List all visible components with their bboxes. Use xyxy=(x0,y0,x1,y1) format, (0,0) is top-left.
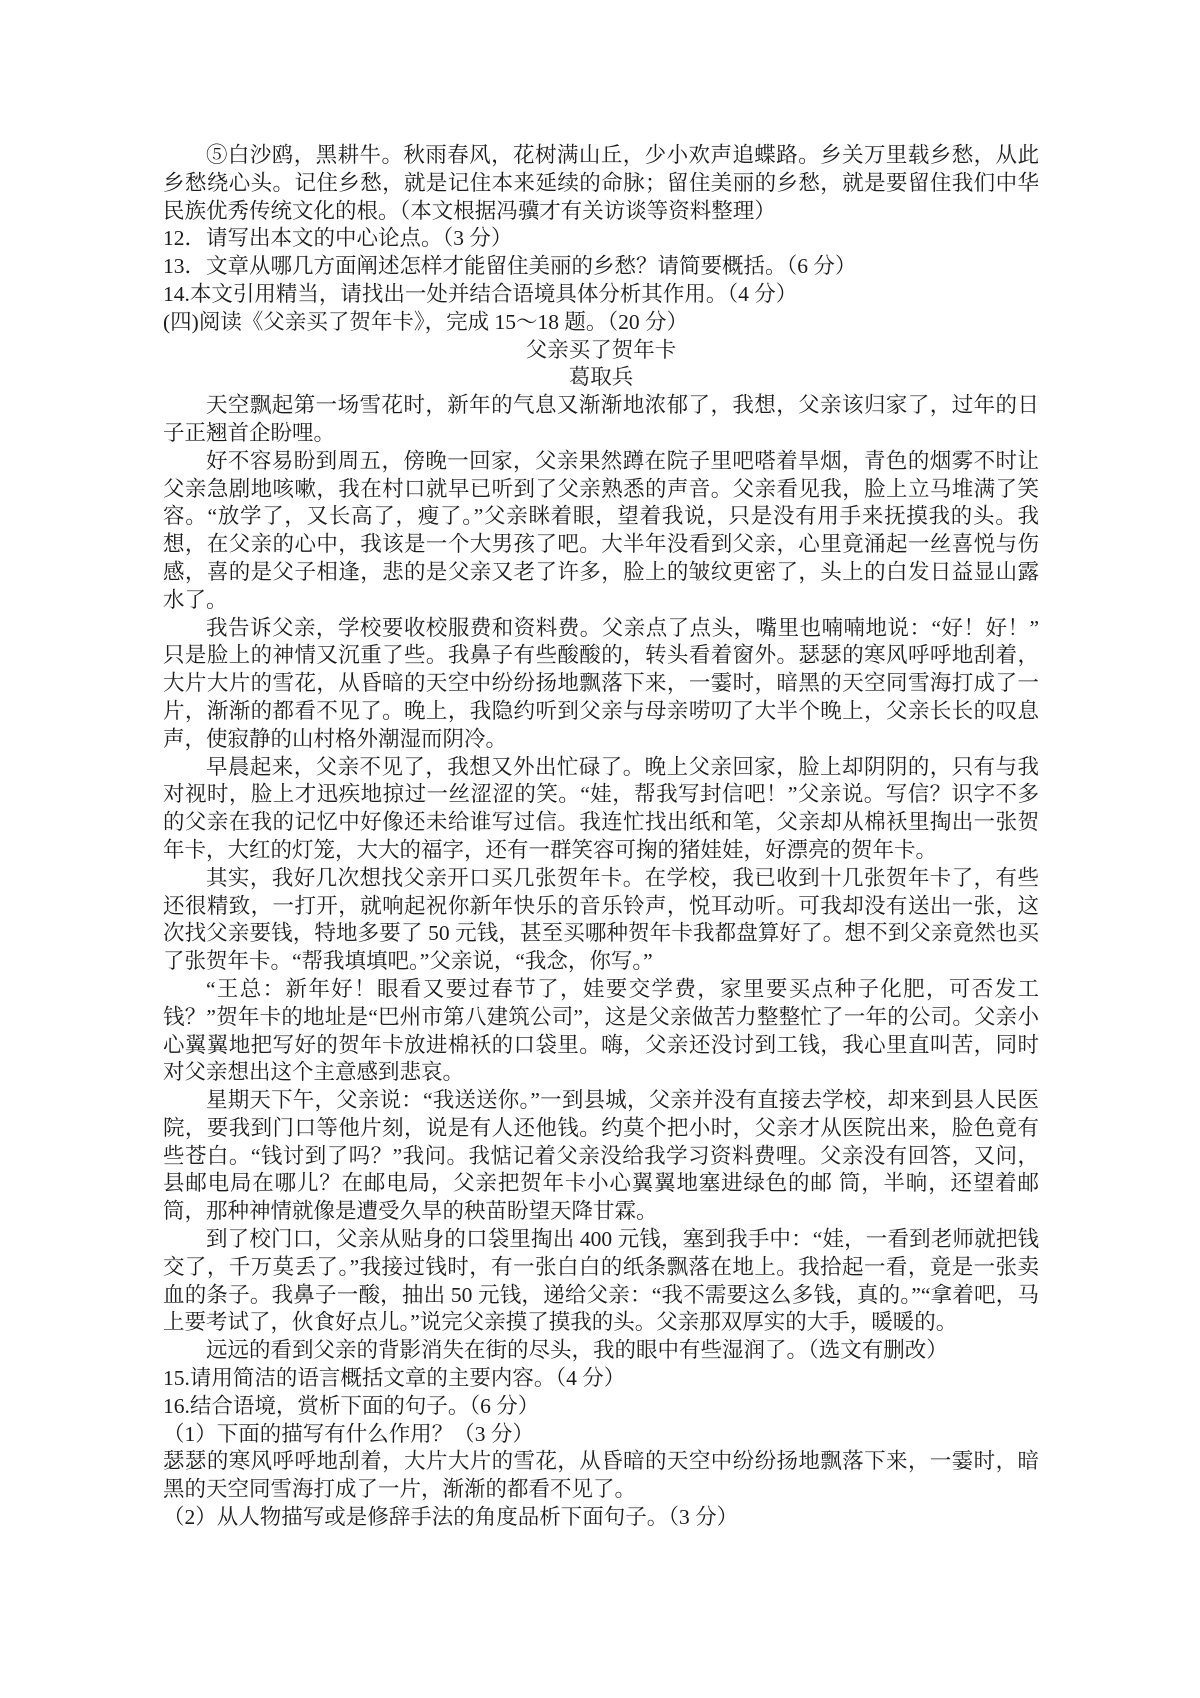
passage-paragraph-5: 其实，我好几次想找父亲开口买几张贺年卡。在学校，我已收到十几张贺年卡了，有些还很… xyxy=(163,865,1039,976)
passage-paragraph-8: 到了校门口，父亲从贴身的口袋里掏出 400 元钱，塞到我手中：“娃，一看到老师就… xyxy=(163,1226,1039,1337)
passage-paragraph-3: 我告诉父亲，学校要收校服费和资料费。父亲点了点头，嘴里也喃喃地说：“好！好！”只… xyxy=(163,615,1039,754)
question-13: 13．文章从哪几方面阐述怎样才能留住美丽的乡愁？请简要概括。（6 分） xyxy=(163,253,1039,281)
passage-paragraph-1: 天空飘起第一场雪花时，新年的气息又渐渐地浓郁了，我想，父亲该归家了，过年的日子正… xyxy=(163,392,1039,448)
passage-paragraph-7: 星期天下午，父亲说：“我送送你。”一到县城，父亲并没有直接去学校，却来到县人民医… xyxy=(163,1087,1039,1226)
quoted-sentence-16-1: 瑟瑟的寒风呼呼地刮着，大片大片的雪花，从昏暗的天空中纷纷扬地飘落下来，一霎时，暗… xyxy=(163,1448,1039,1504)
question-16: 16.结合语境，赏析下面的句子。（6 分） xyxy=(163,1393,1039,1421)
document-page: ⑤白沙鸥，黑耕牛。秋雨春风，花树满山丘，少小欢声追蝶路。乡关万里载乡愁，从此乡愁… xyxy=(0,0,1200,1698)
question-15: 15.请用简洁的语言概括文章的主要内容。（4 分） xyxy=(163,1365,1039,1393)
passage-paragraph-4: 早晨起来，父亲不见了，我想又外出忙碌了。晚上父亲回家，脸上却阴阴的，只有与我对视… xyxy=(163,754,1039,865)
passage-paragraph-9: 远远的看到父亲的背影消失在街的尽头，我的眼中有些湿润了。（选文有删改） xyxy=(163,1337,1039,1365)
question-14: 14.本文引用精当，请找出一处并结合语境具体分析其作用。（4 分） xyxy=(163,281,1039,309)
text-column: ⑤白沙鸥，黑耕牛。秋雨春风，花树满山丘，少小欢声追蝶路。乡关万里载乡愁，从此乡愁… xyxy=(163,142,1039,1532)
question-16-1: （1）下面的描写有什么作用？（3 分） xyxy=(163,1421,1039,1449)
passage-title: 父亲买了贺年卡 xyxy=(163,337,1039,365)
passage-paragraph-2: 好不容易盼到周五，傍晚一回家，父亲果然蹲在院子里吧嗒着旱烟，青色的烟雾不时让父亲… xyxy=(163,448,1039,615)
passage-paragraph-6: “王总：新年好！眼看又要过春节了，娃要交学费，家里要买点种子化肥，可否发工钱？”… xyxy=(163,976,1039,1087)
section-header-reading-4: (四)阅读《父亲买了贺年卡》，完成 15～18 题。（20 分） xyxy=(163,309,1039,337)
question-12: 12．请写出本文的中心论点。（3 分） xyxy=(163,225,1039,253)
paragraph-homesickness-point5: ⑤白沙鸥，黑耕牛。秋雨春风，花树满山丘，少小欢声追蝶路。乡关万里载乡愁，从此乡愁… xyxy=(163,142,1039,225)
question-16-2: （2）从人物描写或是修辞手法的角度品析下面句子。（3 分） xyxy=(163,1504,1039,1532)
passage-author: 葛取兵 xyxy=(163,364,1039,392)
